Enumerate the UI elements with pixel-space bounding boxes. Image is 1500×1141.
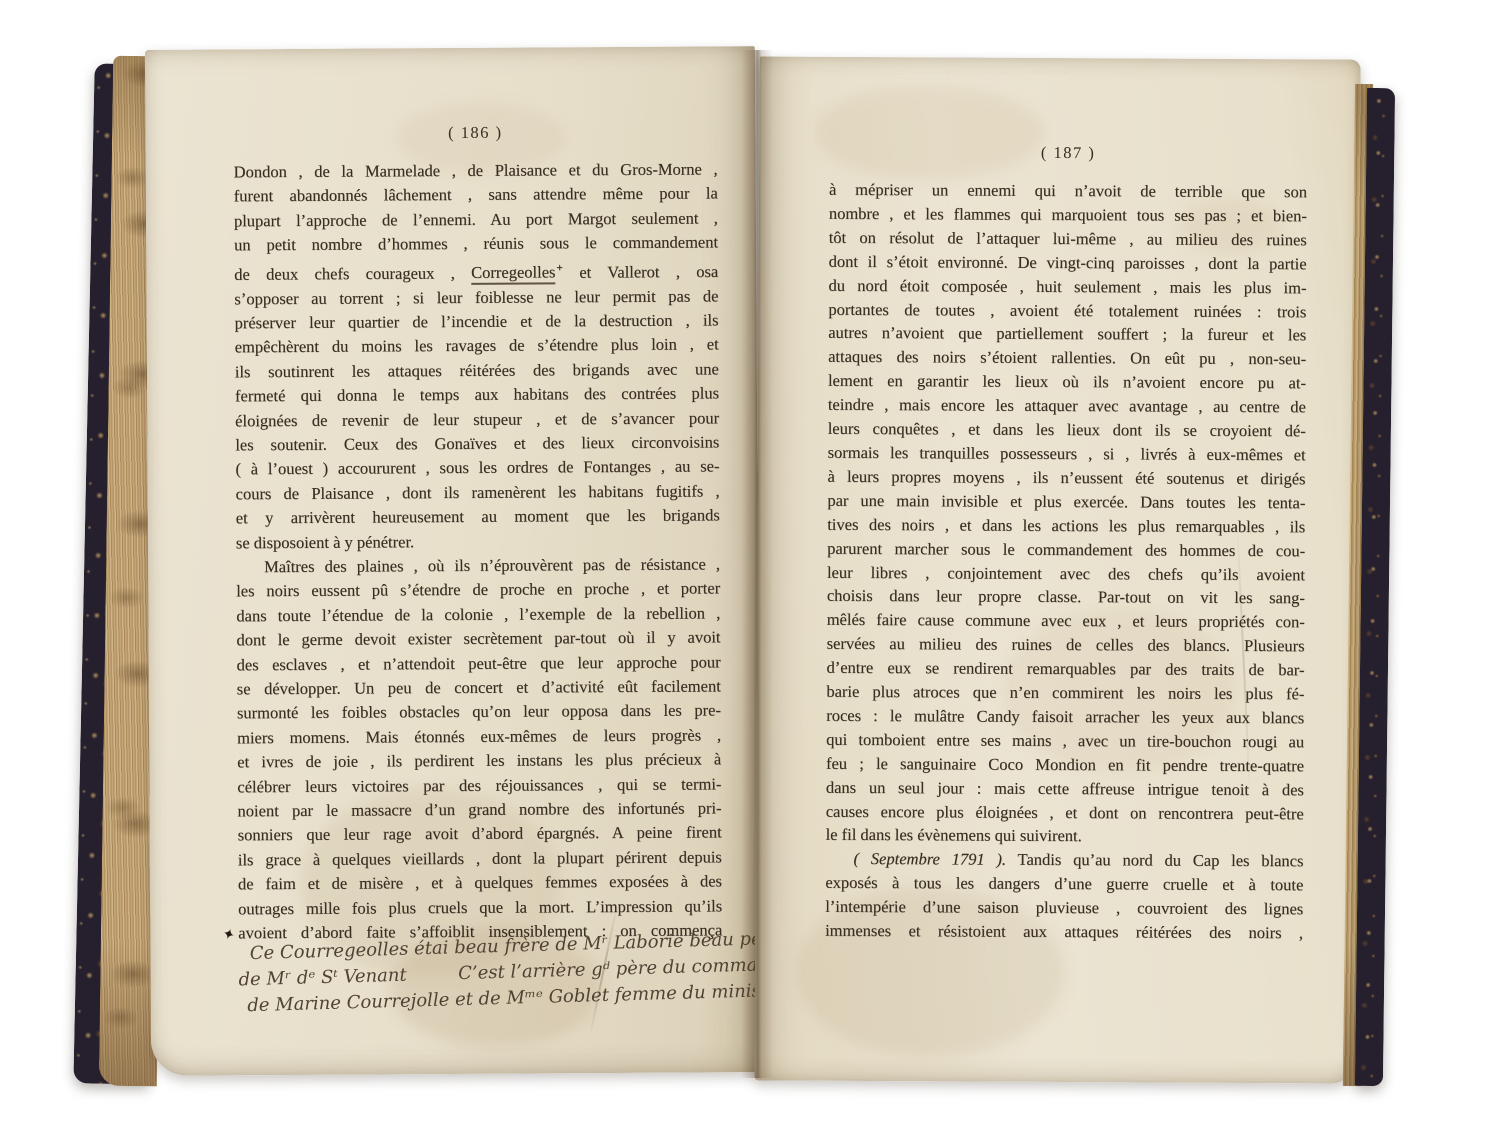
text-line: des esclaves , et n’attendoit peut-être … — [237, 650, 721, 677]
handwritten-annotation: Ce Courregeolles étai beau frère de Mʳ L… — [250, 926, 772, 1019]
text-line: outrages mille fois plus cruels que la m… — [238, 894, 722, 921]
text-line: se développer. Un peu de concert et d’ac… — [237, 674, 721, 701]
text-line: attaques des noirs s’étoient rallenties.… — [828, 345, 1306, 371]
text-line: barie plus atroces que n’en commirent le… — [826, 680, 1304, 706]
text-line: plupart l’approche de l’ennemi. Au port … — [234, 206, 718, 233]
text-line: tives des noirs , et dans les actions le… — [827, 512, 1305, 538]
text-line: feu ; le sanguinaire Coco Mondion en fit… — [826, 752, 1304, 778]
text-line: ils soutinrent les attaques réitérées de… — [235, 357, 719, 384]
text-line: furent abandonnés lâchement , sans atten… — [234, 182, 718, 209]
text-line: dont le germe devoit exister secrètement… — [236, 626, 720, 653]
text-line: par une main invisible et plus exercée. … — [827, 489, 1305, 515]
text-line: et y arrivèrent heureusement au moment q… — [236, 504, 720, 531]
text-line: à mépriser un ennemi qui n’avoit de terr… — [829, 178, 1307, 204]
text-line: mêlés faire cause commune avec eux , et … — [827, 608, 1305, 634]
text-line: miers momens. Mais étonnés eux-mêmes de … — [237, 723, 721, 750]
text-line: de faim et de misère , et à quelques fem… — [238, 870, 722, 897]
page-number-left: ( 186 ) — [233, 120, 717, 145]
text-line: tôt on résolut de l’attaquer lui-même , … — [829, 226, 1307, 252]
text-line: sormais les tranquilles possesseurs , si… — [828, 441, 1306, 467]
page-186-body: Dondon , de la Marmelade , de Plaisance … — [234, 157, 723, 945]
text-line: ils grace à quelques vieillards , dont l… — [238, 845, 722, 872]
text-line: leurs conquêtes , et dans les lieux dont… — [828, 417, 1306, 443]
text-line: préserver leur quartier de l’incendie et… — [234, 308, 718, 335]
text-line: et ivres de joie , ils perdirent les ins… — [237, 748, 721, 775]
text-line: dans toute l’étendue de la colonie , l’e… — [236, 601, 720, 628]
text-line: cours de Plaisance , dont ils ramenèrent… — [236, 479, 720, 506]
text-line: lement en garantir les lieux où ils n’av… — [828, 369, 1306, 395]
text-line: noient par le massacre d’un grand nombre… — [237, 796, 721, 823]
page-186-text-block: ( 186 ) Dondon , de la Marmelade , de Pl… — [233, 120, 722, 945]
text-line: le fil dans les évènemens qui suivirent. — [826, 823, 1304, 849]
text-line: roces : le mulâtre Candy faisoit arrache… — [826, 704, 1304, 730]
page-187-body: à mépriser un ennemi qui n’avoit de terr… — [825, 178, 1307, 945]
page-186: ( 186 ) Dondon , de la Marmelade , de Pl… — [145, 46, 761, 1076]
text-line: ( à l’ouest ) accoururent , sous les ord… — [235, 455, 719, 482]
text-line: autres n’avoient que partiellement souff… — [828, 321, 1306, 347]
annotation-cross-mark: ✦ — [220, 924, 238, 946]
page-187-text-block: ( 187 ) à mépriser un ennemi qui n’avoit… — [825, 141, 1307, 945]
text-line: Dondon , de la Marmelade , de Plaisance … — [234, 157, 718, 184]
text-line: dans un seul jour : mais cette affreuse … — [826, 775, 1304, 801]
text-line: servées au milieu des ruines de celles d… — [827, 632, 1305, 658]
text-line: ( Septembre 1791 ). Tandis qu’au nord du… — [825, 847, 1303, 873]
text-line: un petit nombre d’hommes , réunis sous l… — [234, 231, 718, 258]
text-line: leur libres , conjointement avec des che… — [827, 560, 1305, 586]
text-line: les soutenir. Ceux des Gonaïves et des l… — [235, 430, 719, 457]
text-line: de deux chefs courageux , Corregeolles+ … — [234, 255, 718, 287]
text-line: parurent marcher sous le commandement de… — [827, 536, 1305, 562]
text-line: empêchèrent du moins les ravages de s’ét… — [235, 333, 719, 360]
text-line: Maîtres des plaines , où ils n’éprouvère… — [236, 552, 720, 579]
text-line: d’entre eux se rendirent remarquables pa… — [826, 656, 1304, 682]
text-line: sonniers que leur rage avoit d’abord épa… — [238, 821, 722, 848]
text-line: les noirs eussent pû s’étendre de proche… — [236, 577, 720, 604]
text-line: se disposoient à y pénétrer. — [236, 528, 720, 555]
text-line: immenses et résistoient aux attaques réi… — [825, 919, 1303, 945]
text-line: fermeté qui donna le temps aux habitans … — [235, 382, 719, 409]
page-187: ( 187 ) à mépriser un ennemi qui n’avoit… — [754, 56, 1360, 1083]
text-line: portantes de toutes , avoient été totale… — [828, 297, 1306, 323]
text-line: dont il s’étoit environné. De vingt-cinq… — [829, 250, 1307, 276]
text-line: l’intempérie d’une saison pluvieuse , co… — [825, 895, 1303, 921]
text-line: du nord étoit composée , huit seulement … — [828, 273, 1306, 299]
text-line: éloignées de revenir de leur stupeur , e… — [235, 406, 719, 433]
open-book-photo: ( 186 ) Dondon , de la Marmelade , de Pl… — [0, 0, 1500, 1141]
text-line: qui tomboient entre ses mains , avec un … — [826, 728, 1304, 754]
text-line: célébrer leurs victoires par des réjouis… — [237, 772, 721, 799]
text-line: à leurs propres moyens , ils n’eussent é… — [827, 465, 1305, 491]
text-line: exposés à tous les dangers d’une guerre … — [825, 871, 1303, 897]
text-line: causes encore plus éloignées , et dont o… — [826, 799, 1304, 825]
text-line: teindre , mais encore les attaquer avec … — [828, 393, 1306, 419]
text-line: nombre , et les flammes qui marquoient t… — [829, 202, 1307, 228]
text-line: choisis dans leur propre classe. Par-tou… — [827, 584, 1305, 610]
text-line: s’opposer au torrent ; si leur foiblesse… — [234, 284, 718, 311]
text-line: surmonté les foibles obstacles qu’on leu… — [237, 699, 721, 726]
page-number-right: ( 187 ) — [829, 141, 1307, 166]
